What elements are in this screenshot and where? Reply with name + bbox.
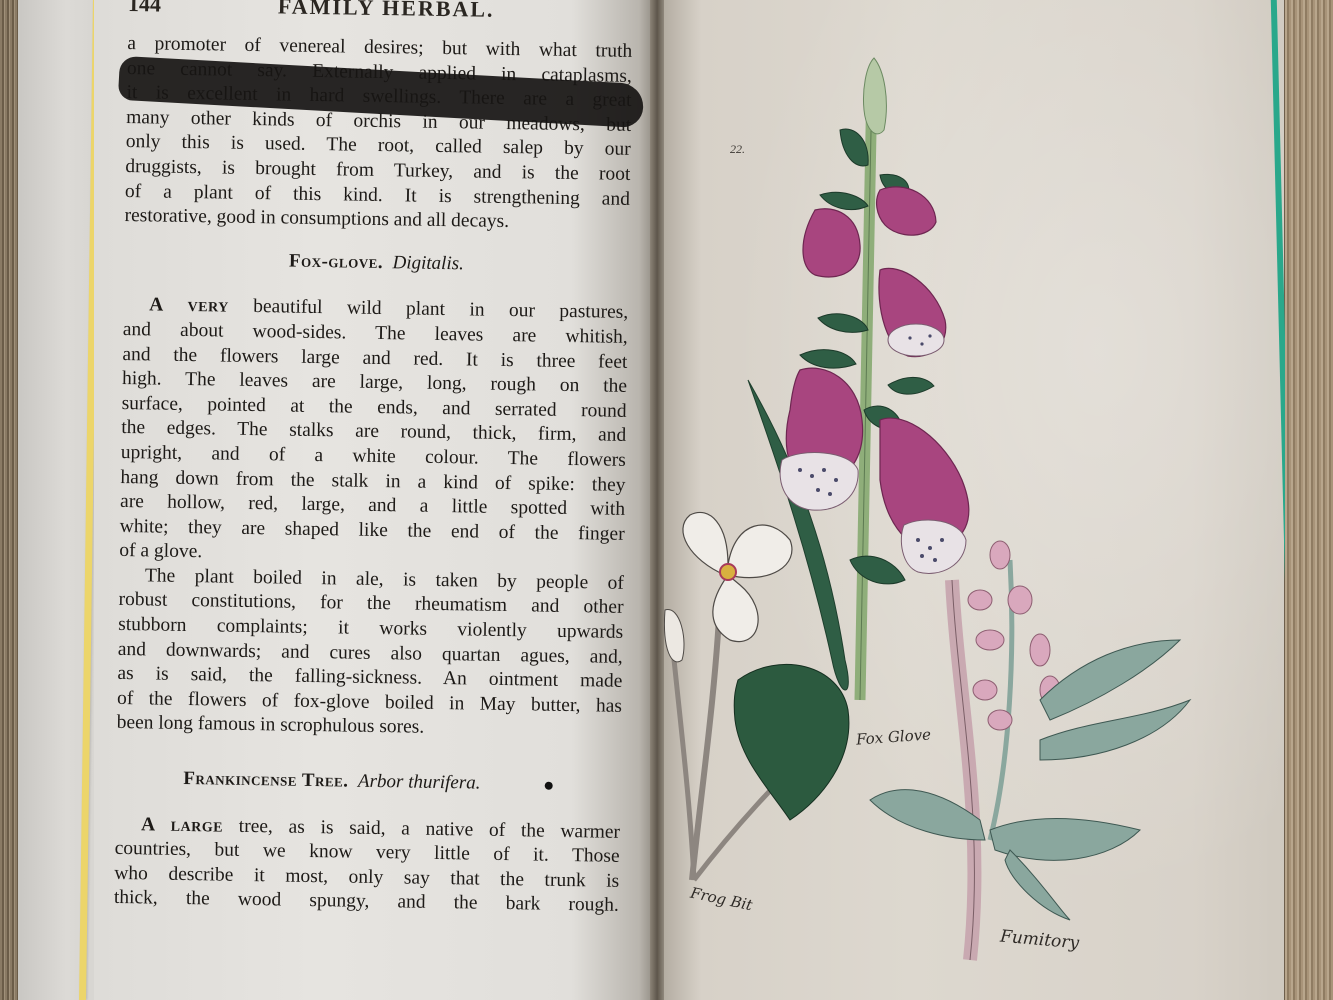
fumitory-illustration: [870, 541, 1190, 960]
book-page-edges-right: [1285, 0, 1333, 1000]
entry-lead-words: A very: [149, 295, 229, 317]
book-page-edges-left: [0, 0, 20, 1000]
entry-heading-foxglove: Fox-glove. Digitalis.: [124, 247, 629, 280]
entry-latin-name: Arbor thurifera.: [358, 771, 481, 794]
running-title: FAMILY HERBAL.: [278, 0, 495, 22]
botanical-plate-illustration: [664, 0, 1284, 1000]
left-page-text: 144 FAMILY HERBAL. a promoter of venerea…: [114, 0, 633, 919]
entry-body-foxglove: A very beautiful wild plant in our pastu…: [116, 293, 628, 744]
entry-name: Frankincense Tree.: [183, 768, 349, 792]
text-fragment: tree, as is said, a native of the warmer: [239, 815, 621, 842]
text-fragment: beautiful wild plant in our pastures,: [253, 296, 628, 323]
entry-lead-words: A large: [141, 814, 223, 836]
entry-body-frankincense: A large tree, as is said, a native of th…: [114, 813, 620, 919]
orchis-continuation: a promoter of venereal desires; but with…: [124, 32, 632, 237]
page-number: 144: [128, 0, 278, 19]
entry-heading-frankincense: Frankincense Tree. Arbor thurifera.: [116, 766, 621, 799]
entry-latin-name: Digitalis.: [392, 252, 464, 274]
ink-dot: [545, 781, 553, 789]
entry-name: Fox-glove.: [289, 250, 383, 272]
foxglove-illustration: [748, 58, 969, 700]
